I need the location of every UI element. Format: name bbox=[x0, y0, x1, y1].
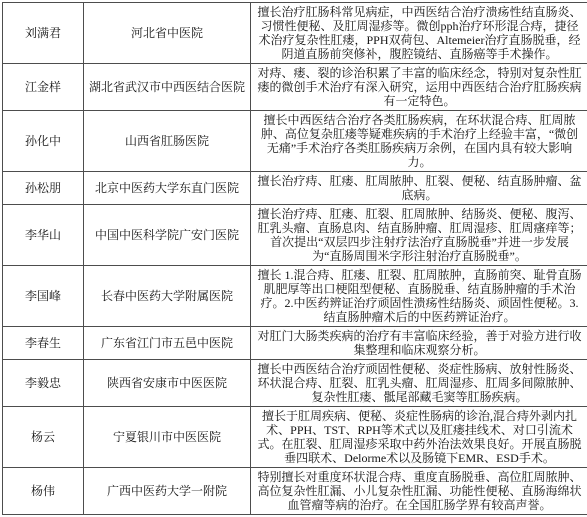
specialty-description-cell: 擅长治疗肛肠科常见病症，中西医结合治疗溃疡性结直肠炎、习惯性便秘、及肛周湿疹等。… bbox=[251, 3, 587, 64]
hospital-cell: 北京中医药大学东直门医院 bbox=[84, 172, 251, 205]
table-row: 李华山 中国中医科学院广安门医院 擅长治疗痔、肛瘘、肛裂、肛周脓肿、结肠炎、便秘… bbox=[3, 205, 587, 266]
specialty-description-cell: 擅长中西医结合治疗顽固性便秘、炎症性肠病、放射性肠炎、环状混合痔、肛裂、肛乳头瘤… bbox=[251, 360, 587, 407]
doctor-name-cell: 孙松朋 bbox=[3, 172, 84, 205]
specialty-description-cell: 擅长 1.混合痔、肛瘘、肛裂、肛周脓肿，直肠前突、耻骨直肠肌肥厚等出口梗阻型便秘… bbox=[251, 266, 587, 327]
table-row: 杨伟 广西中医药大学一附院 特别擅长对重度环状混合痔、重度直肠脱垂、高位肛周脓肿… bbox=[3, 468, 587, 515]
specialty-description-cell: 擅长治疗痔、肛瘘、肛裂、肛周脓肿、结肠炎、便秘、腹泻、肛乳头瘤、直肠息肉、结直肠… bbox=[251, 205, 587, 266]
doctor-name-cell: 刘满君 bbox=[3, 3, 84, 64]
hospital-cell: 山西省肛肠医院 bbox=[84, 111, 251, 172]
doctor-name-cell: 李春生 bbox=[3, 327, 84, 360]
doctor-name-cell: 杨伟 bbox=[3, 468, 84, 515]
hospital-cell: 广西中医药大学一附院 bbox=[84, 468, 251, 515]
specialty-description-cell: 对痔、瘘、裂的诊治积累了丰富的临床经念，特别对复杂性肛瘘的微创手术治疗有深入研究… bbox=[251, 64, 587, 111]
specialty-description-cell: 擅长中西医结合治疗各类肛肠疾病，在环状混合痔、肛周脓肿、高位复杂肛瘘等疑难疾病的… bbox=[251, 111, 587, 172]
hospital-cell: 长春中医药大学附属医院 bbox=[84, 266, 251, 327]
doctor-name-cell: 江金样 bbox=[3, 64, 84, 111]
specialty-description-cell: 擅长治疗痔、肛瘘、肛周脓肿、肛裂、便秘、结直肠肿瘤、盆底病。 bbox=[251, 172, 587, 205]
table-row: 孙松朋 北京中医药大学东直门医院 擅长治疗痔、肛瘘、肛周脓肿、肛裂、便秘、结直肠… bbox=[3, 172, 587, 205]
doctor-name-cell: 李国峰 bbox=[3, 266, 84, 327]
table-row: 李毅忠 陕西省安康市中医医院 擅长中西医结合治疗顽固性便秘、炎症性肠病、放射性肠… bbox=[3, 360, 587, 407]
table-row: 孙化中 山西省肛肠医院 擅长中西医结合治疗各类肛肠疾病，在环状混合痔、肛周脓肿、… bbox=[3, 111, 587, 172]
table-row: 刘满君 河北省中医院 擅长治疗肛肠科常见病症，中西医结合治疗溃疡性结直肠炎、习惯… bbox=[3, 3, 587, 64]
hospital-cell: 湖北省武汉市中西医结合医院 bbox=[84, 64, 251, 111]
doctor-specialty-table: 刘满君 河北省中医院 擅长治疗肛肠科常见病症，中西医结合治疗溃疡性结直肠炎、习惯… bbox=[2, 2, 587, 515]
doctor-name-cell: 杨云 bbox=[3, 407, 84, 468]
specialty-description-cell: 对肛门大肠类疾病的治疗有丰富临床经验，善于对验方进行收集整理和临床观察分析。 bbox=[251, 327, 587, 360]
specialty-description-cell: 擅长于肛周疾病、便秘、炎症性肠病的诊治,混合痔外剥内扎术、PPH、TST、RPH… bbox=[251, 407, 587, 468]
hospital-cell: 宁夏银川市中医医院 bbox=[84, 407, 251, 468]
hospital-cell: 中国中医科学院广安门医院 bbox=[84, 205, 251, 266]
table-row: 李春生 广东省江门市五邑中医院 对肛门大肠类疾病的治疗有丰富临床经验，善于对验方… bbox=[3, 327, 587, 360]
table-row: 杨云 宁夏银川市中医医院 擅长于肛周疾病、便秘、炎症性肠病的诊治,混合痔外剥内扎… bbox=[3, 407, 587, 468]
doctor-name-cell: 李毅忠 bbox=[3, 360, 84, 407]
hospital-cell: 陕西省安康市中医医院 bbox=[84, 360, 251, 407]
hospital-cell: 河北省中医院 bbox=[84, 3, 251, 64]
doctor-name-cell: 孙化中 bbox=[3, 111, 84, 172]
table-row: 江金样 湖北省武汉市中西医结合医院 对痔、瘘、裂的诊治积累了丰富的临床经念，特别… bbox=[3, 64, 587, 111]
table-row: 李国峰 长春中医药大学附属医院 擅长 1.混合痔、肛瘘、肛裂、肛周脓肿，直肠前突… bbox=[3, 266, 587, 327]
specialty-description-cell: 特别擅长对重度环状混合痔、重度直肠脱垂、高位肛周脓肿、高位复杂性肛漏、小儿复杂性… bbox=[251, 468, 587, 515]
doctor-name-cell: 李华山 bbox=[3, 205, 84, 266]
hospital-cell: 广东省江门市五邑中医院 bbox=[84, 327, 251, 360]
doctor-table-body: 刘满君 河北省中医院 擅长治疗肛肠科常见病症，中西医结合治疗溃疡性结直肠炎、习惯… bbox=[3, 3, 587, 515]
